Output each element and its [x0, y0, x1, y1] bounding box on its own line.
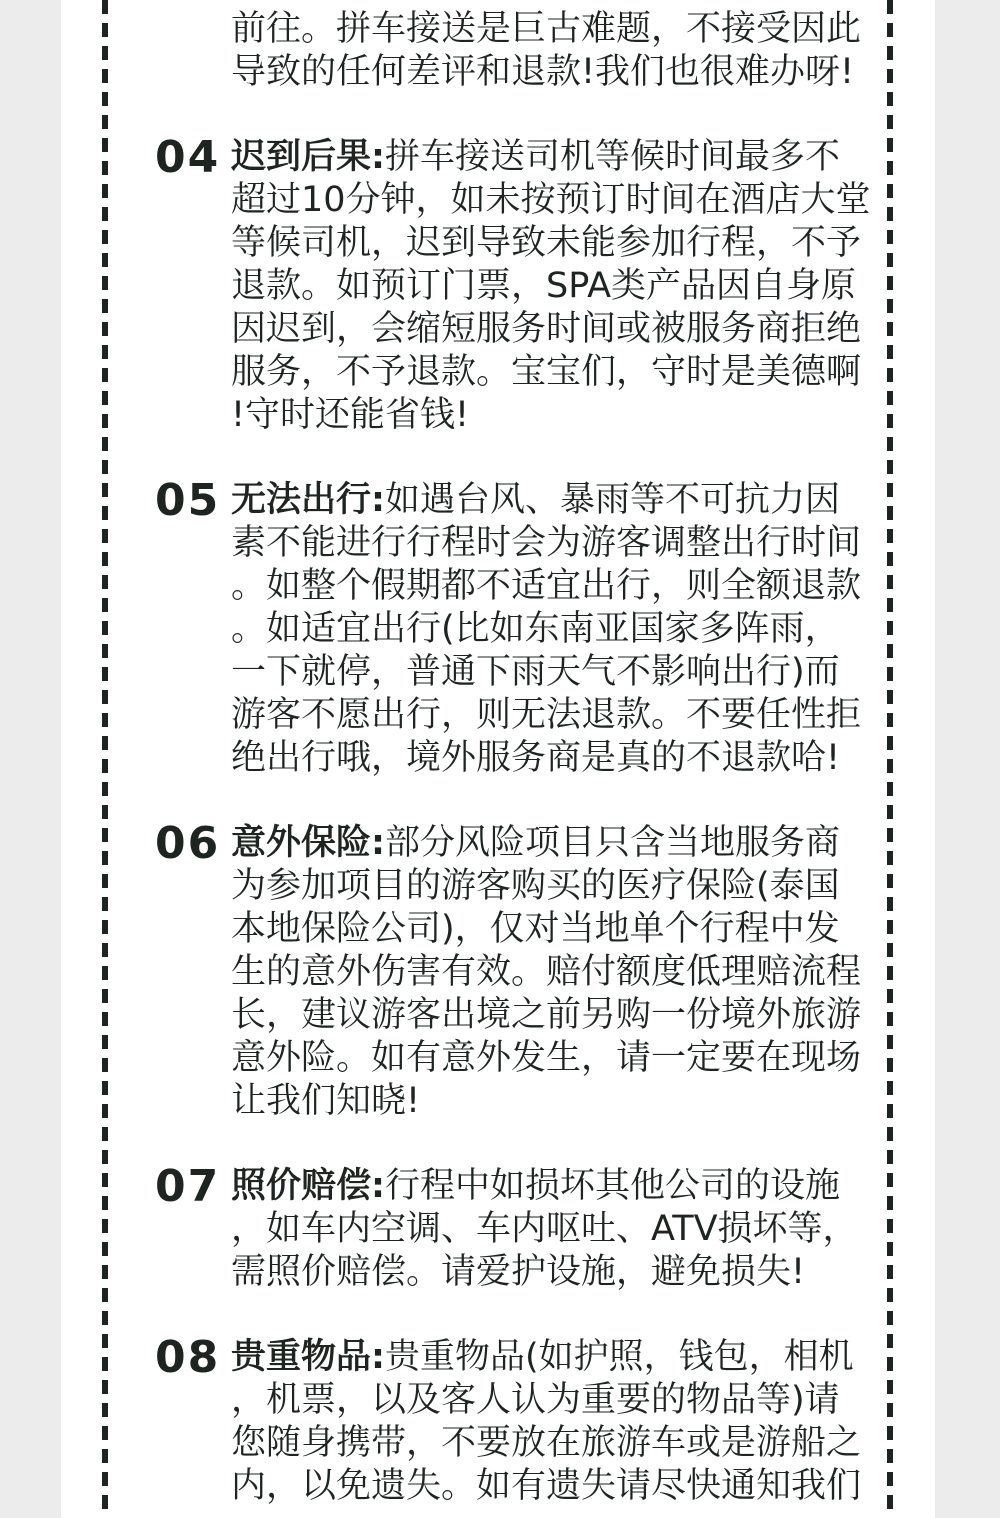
section-line: 服务，不予退款。宝宝们，守时是美德啊 — [231, 351, 868, 394]
section-line: 一下就停，普通下雨天气不影响出行)而 — [231, 651, 868, 694]
section-number: 08 — [155, 1336, 231, 1379]
section-title: 迟到后果: — [231, 137, 385, 177]
section-body: 照价赔偿:行程中如损坏其他公司的设施，如车内空调、车内呕吐、ATV损坏等，需照价… — [231, 1165, 868, 1294]
section-line: 让我们知晓! — [231, 1080, 868, 1123]
section-line: 意外险。如有意外发生，请一定要在现场 — [231, 1037, 868, 1080]
section-number: 05 — [155, 479, 231, 522]
intro-paragraph: 前往。拼车接送是巨古难题，不接受因此导致的任何差评和退款!我们也很难办呀! — [231, 8, 870, 94]
section-05: 05无法出行:如遇台风、暴雨等不可抗力因素不能进行行程时会为游客调整出行时间。如… — [155, 479, 870, 780]
section-line: 。如整个假期都不适宜出行，则全额退款 — [231, 565, 868, 608]
section-line: 退款。如预订门票，SPA类产品因自身原 — [231, 265, 868, 308]
section-line: 生的意外伤害有效。赔付额度低理赔流程 — [231, 951, 868, 994]
left-dashed-border — [102, 0, 108, 1518]
notice-page: 前往。拼车接送是巨古难题，不接受因此导致的任何差评和退款!我们也很难办呀! 04… — [0, 0, 1000, 1518]
section-line: 等候司机，迟到导致未能参加行程，不予 — [231, 222, 868, 265]
section-line-text: 如遇台风、暴雨等不可抗力因 — [385, 480, 840, 520]
section-title: 贵重物品: — [231, 1337, 385, 1377]
notice-content: 前往。拼车接送是巨古难题，不接受因此导致的任何差评和退款!我们也很难办呀! 04… — [155, 0, 870, 1508]
section-body: 贵重物品:贵重物品(如护照，钱包，相机，机票，以及客人认为重要的物品等)请您随身… — [231, 1336, 868, 1508]
section-line: !守时还能省钱! — [231, 394, 868, 437]
section-line: 素不能进行行程时会为游客调整出行时间 — [231, 522, 868, 565]
section-line-text: 行程中如损坏其他公司的设施 — [385, 1166, 840, 1206]
intro-line: 前往。拼车接送是巨古难题，不接受因此 — [231, 8, 870, 51]
section-line: 因迟到，会缩短服务时间或被服务商拒绝 — [231, 308, 868, 351]
section-line: 贵重物品:贵重物品(如护照，钱包，相机 — [231, 1336, 868, 1379]
section-line: 您随身携带，不要放在旅游车或是游船之 — [231, 1422, 868, 1465]
section-number: 04 — [155, 136, 231, 179]
section-04: 04迟到后果:拼车接送司机等候时间最多不超过10分钟，如未按预订时间在酒店大堂等… — [155, 136, 870, 437]
section-line-text: 贵重物品(如护照，钱包，相机 — [385, 1337, 854, 1377]
section-07: 07照价赔偿:行程中如损坏其他公司的设施，如车内空调、车内呕吐、ATV损坏等，需… — [155, 1165, 870, 1294]
intro-line: 导致的任何差评和退款!我们也很难办呀! — [231, 51, 870, 94]
right-gutter — [935, 0, 1000, 1518]
section-line: ，如车内空调、车内呕吐、ATV损坏等， — [231, 1208, 868, 1251]
section-line: 本地保险公司)，仅对当地单个行程中发 — [231, 908, 868, 951]
section-line-text: 部分风险项目只含当地服务商 — [385, 823, 840, 863]
section-line: 游客不愿出行，则无法退款。不要任性拒 — [231, 694, 868, 737]
section-title: 无法出行: — [231, 480, 385, 520]
section-line: 长，建议游客出境之前另购一份境外旅游 — [231, 994, 868, 1037]
section-body: 意外保险:部分风险项目只含当地服务商为参加项目的游客购买的医疗保险(泰国本地保险… — [231, 822, 868, 1123]
section-06: 06意外保险:部分风险项目只含当地服务商为参加项目的游客购买的医疗保险(泰国本地… — [155, 822, 870, 1123]
section-line: 内，以免遗失。如有遗失请尽快通知我们 — [231, 1465, 868, 1508]
section-line: 绝出行哦，境外服务商是真的不退款哈! — [231, 737, 868, 780]
section-number: 06 — [155, 822, 231, 865]
section-line: 超过10分钟，如未按预订时间在酒店大堂 — [231, 179, 868, 222]
section-title: 意外保险: — [231, 823, 385, 863]
section-number: 07 — [155, 1165, 231, 1208]
section-title: 照价赔偿: — [231, 1166, 385, 1206]
section-line: 无法出行:如遇台风、暴雨等不可抗力因 — [231, 479, 868, 522]
section-line: 照价赔偿:行程中如损坏其他公司的设施 — [231, 1165, 868, 1208]
section-line-text: 拼车接送司机等候时间最多不 — [385, 137, 840, 177]
section-body: 迟到后果:拼车接送司机等候时间最多不超过10分钟，如未按预订时间在酒店大堂等候司… — [231, 136, 868, 437]
sections-list: 04迟到后果:拼车接送司机等候时间最多不超过10分钟，如未按预订时间在酒店大堂等… — [155, 136, 870, 1508]
section-line: ，机票，以及客人认为重要的物品等)请 — [231, 1379, 868, 1422]
section-line: 需照价赔偿。请爱护设施，避免损失! — [231, 1251, 868, 1294]
left-gutter — [0, 0, 61, 1518]
section-line: 。如适宜出行(比如东南亚国家多阵雨， — [231, 608, 868, 651]
section-line: 为参加项目的游客购买的医疗保险(泰国 — [231, 865, 868, 908]
section-body: 无法出行:如遇台风、暴雨等不可抗力因素不能进行行程时会为游客调整出行时间。如整个… — [231, 479, 868, 780]
section-line: 意外保险:部分风险项目只含当地服务商 — [231, 822, 868, 865]
section-08: 08贵重物品:贵重物品(如护照，钱包，相机，机票，以及客人认为重要的物品等)请您… — [155, 1336, 870, 1508]
right-dashed-border — [887, 0, 893, 1518]
section-line: 迟到后果:拼车接送司机等候时间最多不 — [231, 136, 868, 179]
